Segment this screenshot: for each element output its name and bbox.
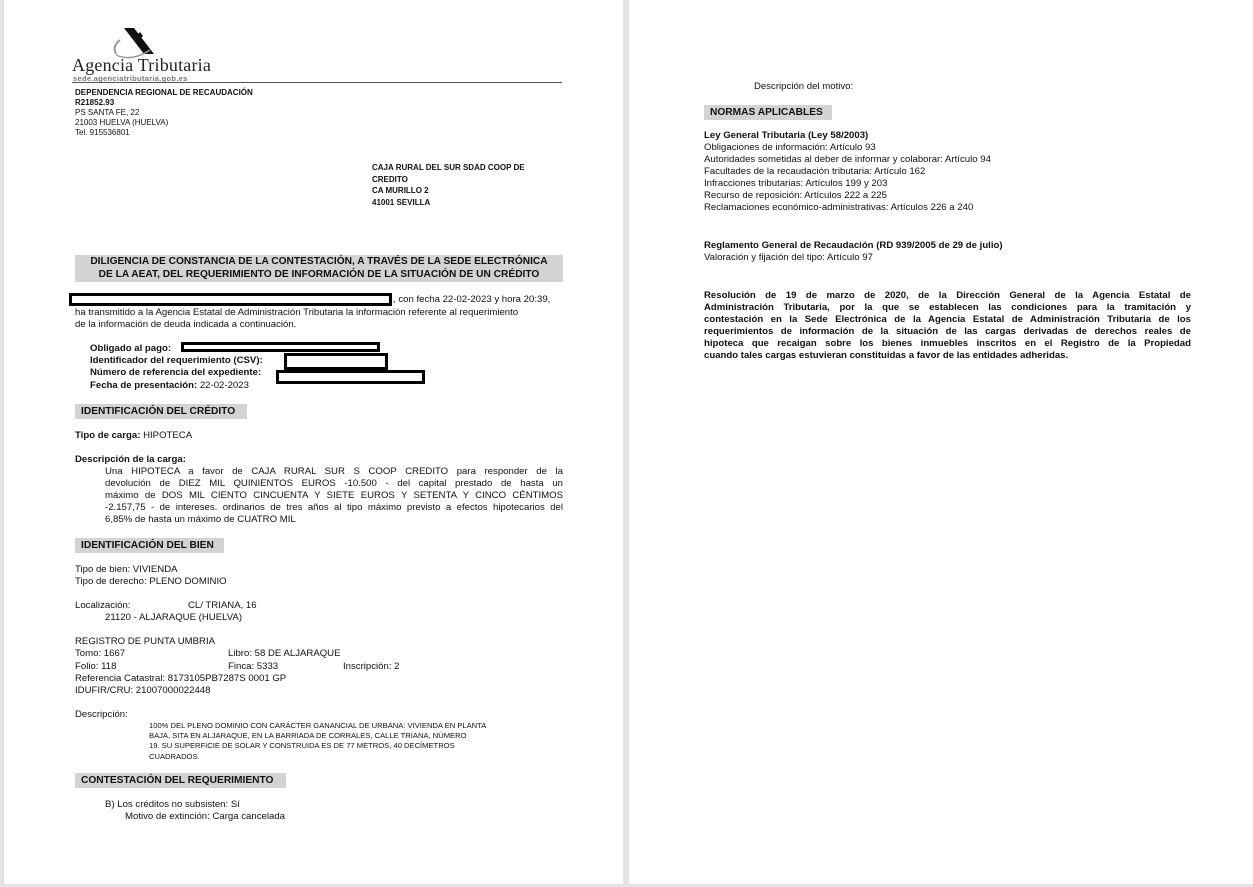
folio: Folio: 118: [75, 661, 116, 673]
sender-phone: Tel. 915536801: [75, 128, 253, 138]
referencia-catastral: Referencia Catastral: 8173105PB7287S 000…: [75, 673, 286, 685]
lgt-item: Infracciones tributarias: Artículos 199 …: [704, 178, 991, 190]
csv-label: Identificador del requerimiento (CSV):: [90, 355, 263, 367]
obligado-label: Obligado al pago:: [90, 343, 171, 355]
bien-desc-line: BAJA, SITA EN ALJARAQUE, EN LA BARRIADA …: [149, 731, 486, 741]
section-normas: NORMAS APLICABLES: [704, 105, 832, 120]
resolucion-line: requerimientos de información de la situ…: [704, 326, 1191, 338]
resolucion-line: Administración Tributaria, por la que se…: [704, 302, 1191, 314]
header-divider: [72, 82, 562, 83]
bien-desc-line: CUADRADOS.: [149, 752, 486, 762]
lgt-list: Obligaciones de información: Artículo 93…: [704, 142, 991, 214]
descripcion-motivo: Descripción del motivo:: [754, 81, 853, 93]
expediente-label: Número de referencia del expediente:: [90, 367, 261, 379]
redacted-expediente: [276, 370, 425, 384]
intro-line-3: de la información de deuda indicada a co…: [75, 319, 296, 331]
bien-desc-label: Descripción:: [75, 709, 128, 721]
desc-carga-line: máximo de DOS MIL CIENTO CINCUENTA Y SIE…: [105, 490, 563, 502]
desc-carga-label: Descripción de la carga:: [75, 454, 186, 466]
lgt-item: Facultades de la recaudación tributaria:…: [704, 166, 991, 178]
redacted-entity-name: [69, 293, 392, 306]
desc-carga-line: 6,85% de hasta un máximo de CUATRO MIL: [105, 514, 563, 526]
desc-carga-text: Una HIPOTECA a favor de CAJA RURAL SUR S…: [105, 466, 563, 526]
tomo: Tomo: 1667: [75, 648, 125, 660]
resolucion-line: contestación en la Sede Electrónica de l…: [704, 314, 1191, 326]
lgt-item: Reclamaciones económico-administrativas:…: [704, 202, 991, 214]
sender-code: R21852.93: [75, 98, 253, 108]
section-credito: IDENTIFICACIÓN DEL CRÉDITO: [75, 404, 247, 419]
inscripcion: Inscripción: 2: [343, 661, 400, 673]
idufir: IDUFIR/CRU: 21007000022448: [75, 685, 210, 697]
intro-line-2: ha transmitido a la Agencia Estatal de A…: [75, 307, 518, 319]
localizacion-value: CL/ TRIANA, 16: [188, 600, 257, 612]
document-title: DILIGENCIA DE CONSTANCIA DE LA CONTESTAC…: [75, 255, 563, 282]
rgr-list: Valoración y fijación del tipo: Artículo…: [704, 252, 873, 264]
fecha-value: 22-02-2023: [200, 380, 249, 391]
resolucion-line: cuando tales cargas estuvieran constitui…: [704, 350, 1191, 362]
resolucion-text: Resolución de 19 de marzo de 2020, de la…: [704, 290, 1191, 362]
recipient-block: CAJA RURAL DEL SUR SDAD COOP DE CREDITO …: [372, 162, 525, 208]
desc-carga-line: -2.157,75 - de intereses. ordinarios de …: [105, 502, 563, 514]
intro-line-1: , con fecha 22-02-2023 y hora 20:39,: [393, 294, 550, 306]
title-line: DILIGENCIA DE CONSTANCIA DE LA CONTESTAC…: [75, 256, 563, 269]
localizacion-city: 21120 - ALJARAQUE (HUELVA): [105, 612, 242, 624]
recipient-line: CA MURILLO 2: [372, 185, 525, 197]
lgt-item: Obligaciones de información: Artículo 93: [704, 142, 991, 154]
sender-block: DEPENDENCIA REGIONAL DE RECAUDACIÓN R218…: [75, 88, 253, 138]
section-bien: IDENTIFICACIÓN DEL BIEN: [75, 538, 224, 553]
registro: REGISTRO DE PUNTA UMBRIA: [75, 636, 215, 648]
recipient-line: CAJA RURAL DEL SUR SDAD COOP DE: [372, 162, 525, 174]
bien-desc-text: 100% DEL PLENO DOMINIO CON CARÁCTER GANA…: [149, 721, 486, 762]
contestacion-line-1: B) Los créditos no subsisten: Sí: [105, 799, 240, 811]
sender-city: 21003 HUELVA (HUELVA): [75, 118, 253, 128]
title-line: DE LA AEAT, DEL REQUERIMIENTO DE INFORMA…: [75, 269, 563, 282]
sender-dependencia: DEPENDENCIA REGIONAL DE RECAUDACIÓN: [75, 88, 253, 98]
tipo-carga-label: Tipo de carga:: [75, 430, 140, 441]
resolucion-line: Resolución de 19 de marzo de 2020, de la…: [704, 290, 1191, 302]
libro: Libro: 58 DE ALJARAQUE: [228, 648, 341, 660]
resolucion-line: hipoteca que recaigan sobre los bienes i…: [704, 338, 1191, 350]
fecha-presentacion: Fecha de presentación: 22-02-2023: [90, 380, 249, 392]
tipo-carga: Tipo de carga: HIPOTECA: [75, 430, 192, 442]
lgt-item: Recurso de reposición: Artículos 222 a 2…: [704, 190, 991, 202]
tipo-derecho: Tipo de derecho: PLENO DOMINIO: [75, 576, 227, 588]
recipient-line: 41001 SEVILLA: [372, 197, 525, 209]
redacted-csv: [284, 353, 388, 370]
localizacion-label: Localización:: [75, 600, 130, 612]
tipo-carga-value: HIPOTECA: [143, 430, 192, 441]
recipient-line: CREDITO: [372, 174, 525, 186]
desc-carga-line: Una HIPOTECA a favor de CAJA RURAL SUR S…: [105, 466, 563, 478]
bien-desc-line: 19. SU SUPERFICIE DE SOLAR Y CONSTRUIDA …: [149, 741, 486, 751]
finca: Finca: 5333: [228, 661, 278, 673]
bien-desc-line: 100% DEL PLENO DOMINIO CON CARÁCTER GANA…: [149, 721, 486, 731]
contestacion-line-2: Motivo de extinción: Carga cancelada: [125, 811, 285, 823]
sender-address: PS SANTA FE, 22: [75, 108, 253, 118]
logo-text: Agencia Tributaria: [72, 55, 211, 76]
lgt-item: Autoridades sometidas al deber de inform…: [704, 154, 991, 166]
section-contestacion: CONTESTACIÓN DEL REQUERIMIENTO: [75, 773, 286, 788]
redacted-obligado: [181, 342, 380, 352]
lgt-title: Ley General Tributaria (Ley 58/2003): [704, 130, 868, 142]
fecha-label: Fecha de presentación:: [90, 380, 197, 391]
rgr-title: Reglamento General de Recaudación (RD 93…: [704, 240, 1003, 252]
tipo-bien: Tipo de bien: VIVIENDA: [75, 564, 178, 576]
rgr-item: Valoración y fijación del tipo: Artículo…: [704, 252, 873, 264]
desc-carga-line: devolución de DIEZ MIL QUINIENTOS EUROS …: [105, 478, 563, 490]
